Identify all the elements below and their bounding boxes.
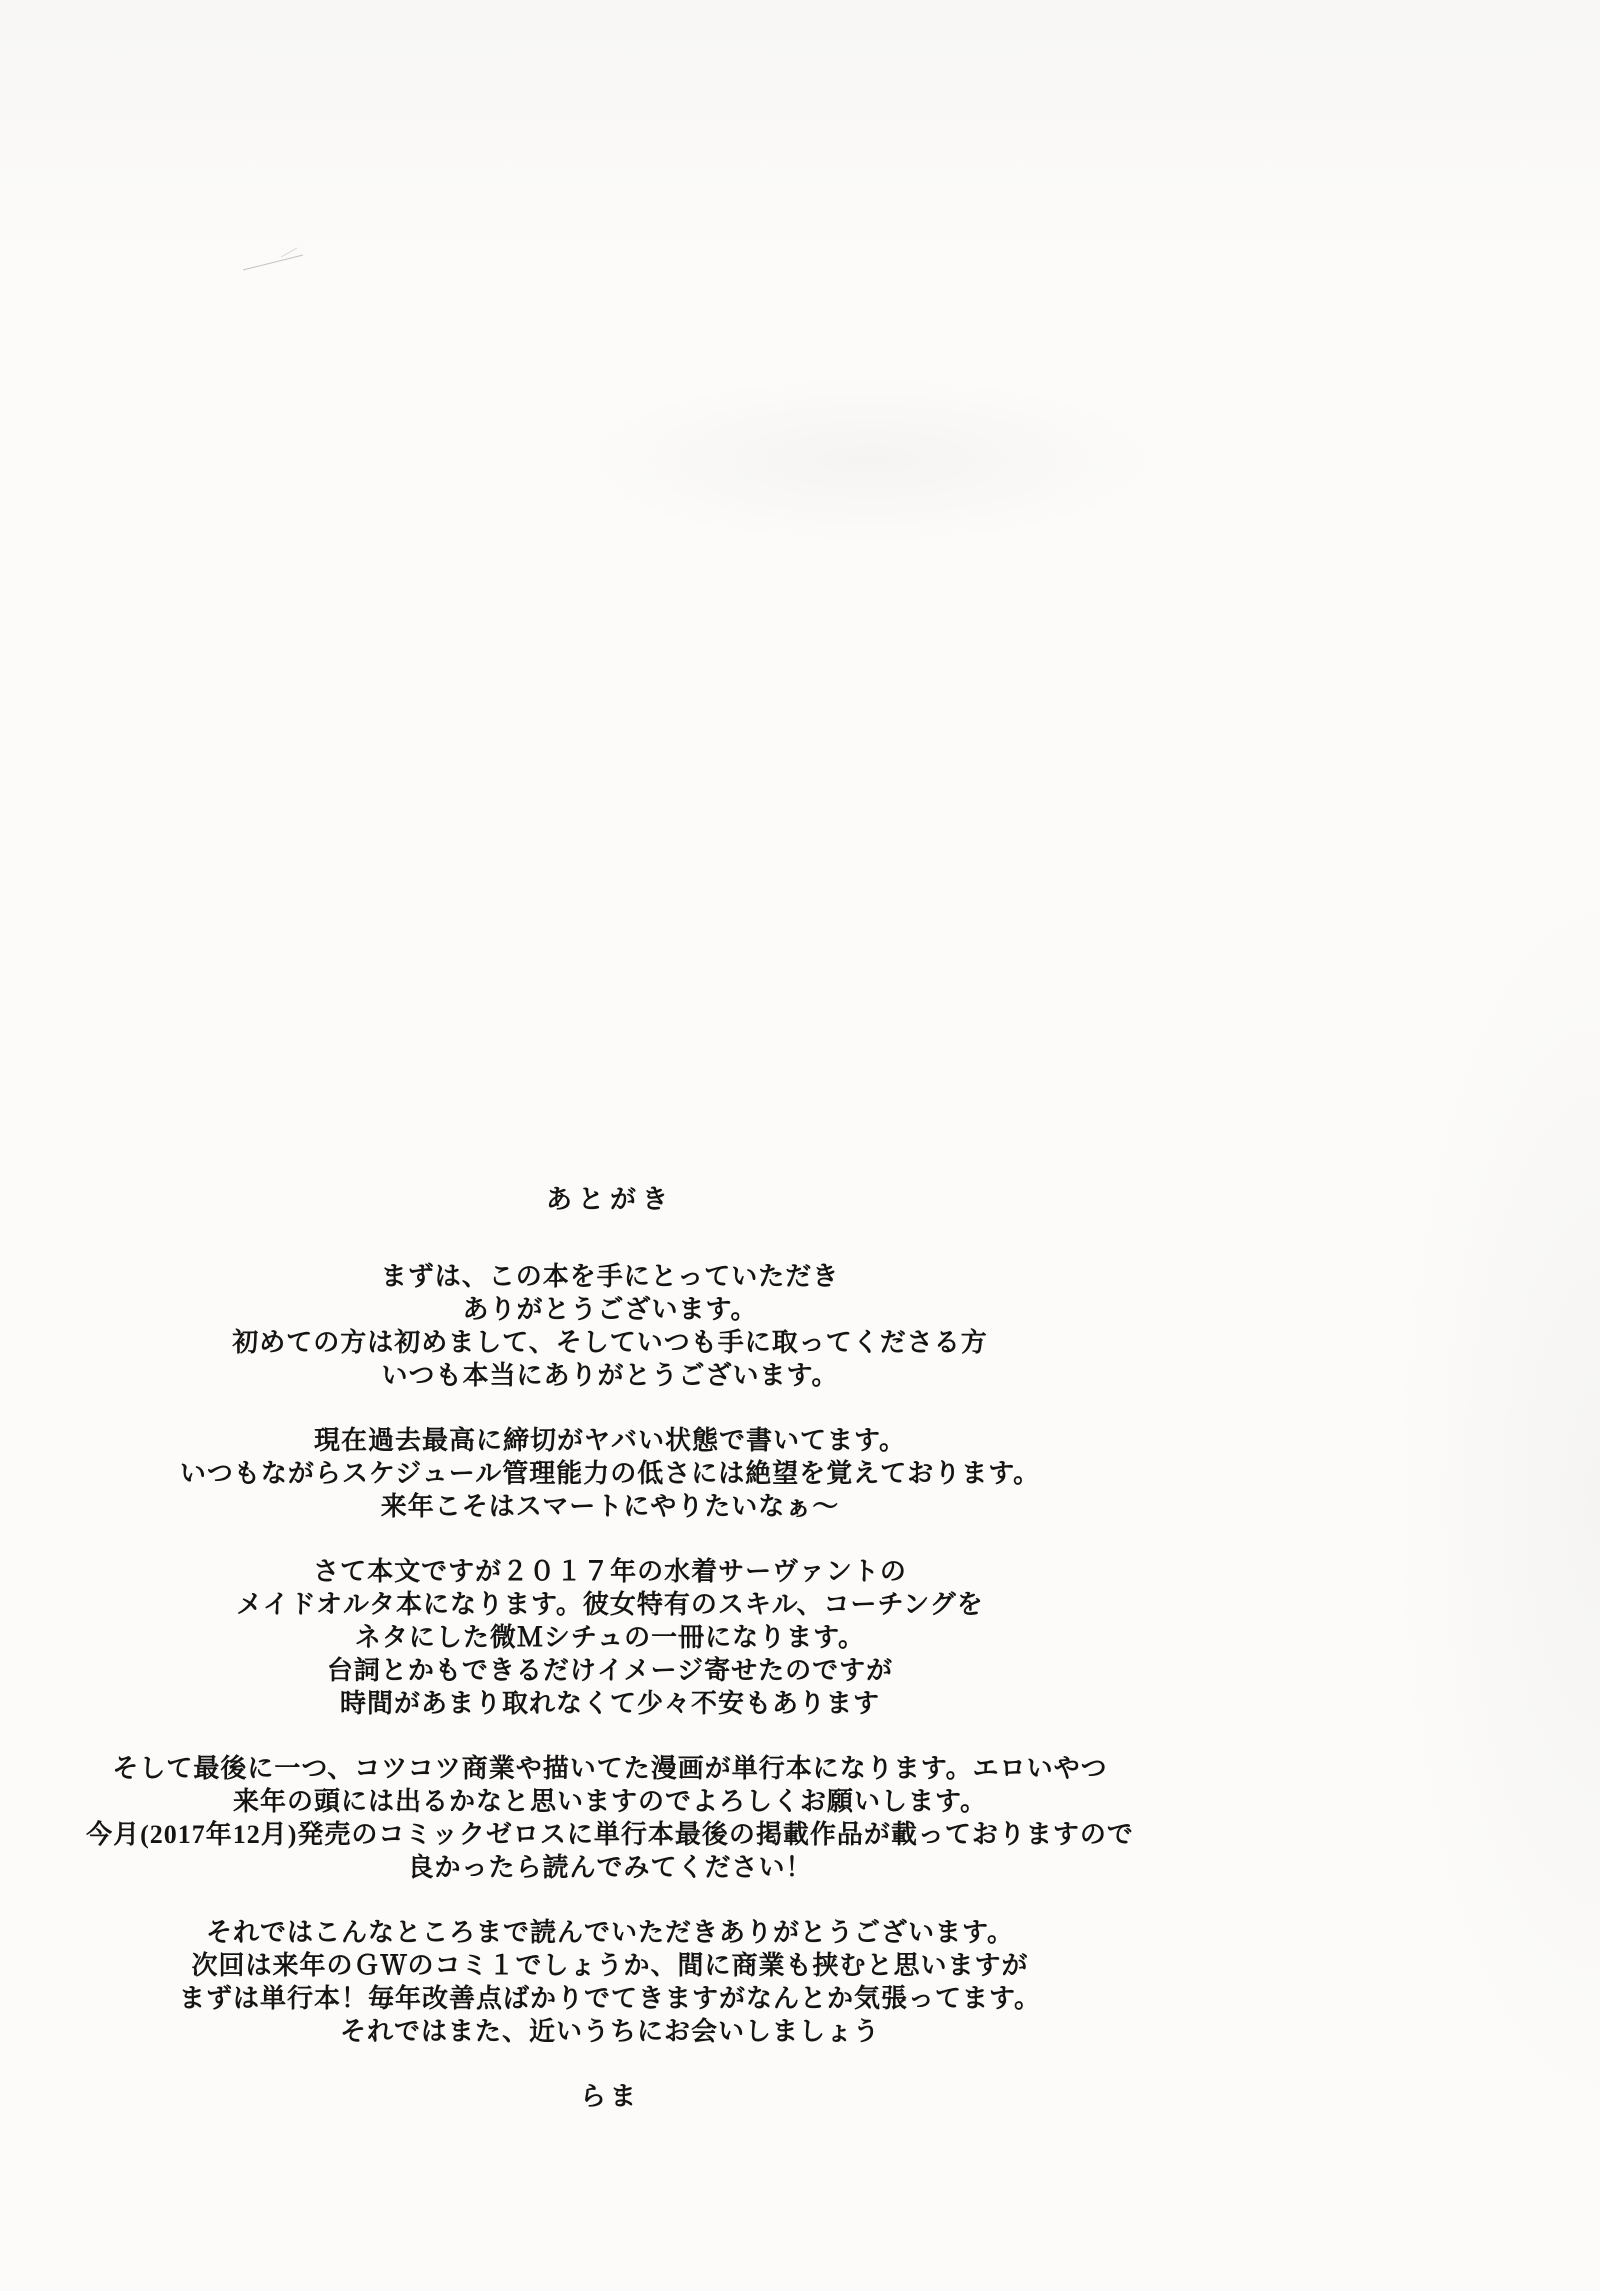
author-signature: らま	[0, 2080, 1220, 2113]
afterword-line: メイドオルタ本になります。彼女特有のスキル、コーチングを	[0, 1588, 1220, 1621]
afterword-line: ネタにした微Ｍシチュの一冊になります。	[0, 1621, 1220, 1654]
afterword-line: 現在過去最高に締切がヤバい状態で書いてます。	[0, 1424, 1220, 1457]
afterword-line: ありがとうございます。	[0, 1293, 1220, 1326]
afterword-line: それではまた、近いうちにお会いしましょう	[0, 2015, 1220, 2048]
afterword-line: 次回は来年のＧＷのコミ１でしょうか、間に商業も挟むと思いますが	[0, 1949, 1220, 1982]
afterword-line: まずは、この本を手にとっていただき	[0, 1260, 1220, 1293]
afterword-paragraph: そして最後に一つ、コツコツ商業や描いてた漫画が単行本になります。エロいやつ 来年…	[0, 1752, 1220, 1884]
afterword-line: 来年の頭には出るかなと思いますのでよろしくお願いします。	[0, 1785, 1220, 1818]
afterword-text-block: あとがき まずは、この本を手にとっていただき ありがとうございます。 初めての方…	[0, 1183, 1220, 2113]
afterword-line: いつもながらスケジュール管理能力の低さには絶望を覚えております。	[0, 1457, 1220, 1490]
afterword-line: そして最後に一つ、コツコツ商業や描いてた漫画が単行本になります。エロいやつ	[0, 1752, 1220, 1785]
afterword-paragraph: まずは、この本を手にとっていただき ありがとうございます。 初めての方は初めまし…	[0, 1260, 1220, 1392]
afterword-paragraph: さて本文ですが２０１７年の水着サーヴァントの メイドオルタ本になります。彼女特有…	[0, 1555, 1220, 1720]
scan-artifact-scratch	[243, 255, 303, 271]
afterword-paragraph: 現在過去最高に締切がヤバい状態で書いてます。 いつもながらスケジュール管理能力の…	[0, 1424, 1220, 1523]
afterword-paragraph: それではこんなところまで読んでいただきありがとうございます。 次回は来年のＧＷの…	[0, 1916, 1220, 2048]
afterword-line: 初めての方は初めまして、そしていつも手に取ってくださる方	[0, 1326, 1220, 1359]
afterword-line: 今月(2017年12月)発売のコミックゼロスに単行本最後の掲載作品が載っておりま…	[0, 1818, 1220, 1851]
scanned-page: あとがき まずは、この本を手にとっていただき ありがとうございます。 初めての方…	[0, 0, 1600, 2291]
afterword-line: いつも本当にありがとうございます。	[0, 1359, 1220, 1392]
afterword-line: さて本文ですが２０１７年の水着サーヴァントの	[0, 1555, 1220, 1588]
afterword-line: 台詞とかもできるだけイメージ寄せたのですが	[0, 1654, 1220, 1687]
afterword-line: それではこんなところまで読んでいただきありがとうございます。	[0, 1916, 1220, 1949]
afterword-line: まずは単行本！毎年改善点ばかりでてきますがなんとか気張ってます。	[0, 1982, 1220, 2015]
afterword-line: 時間があまり取れなくて少々不安もあります	[0, 1687, 1220, 1720]
afterword-title: あとがき	[0, 1183, 1220, 1216]
afterword-line: 良かったら読んでみてください！	[0, 1851, 1220, 1884]
afterword-line: 来年こそはスマートにやりたいなぁ～	[0, 1490, 1220, 1523]
